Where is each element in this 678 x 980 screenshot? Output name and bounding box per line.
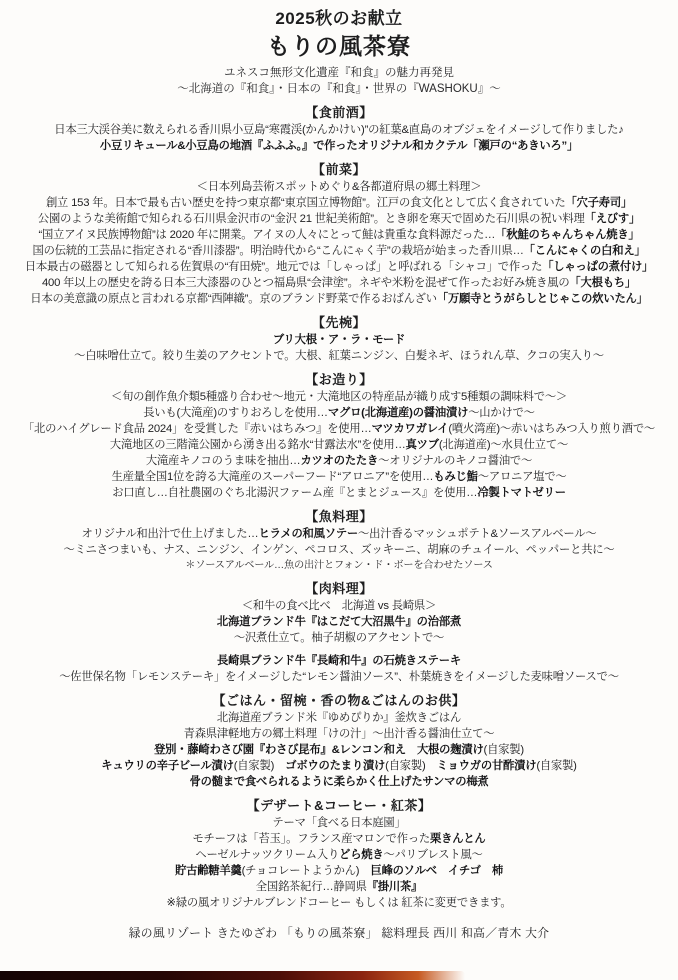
menu-text: “国立アイヌ民族博物館”は 2020 年に開業。アイヌの人々にとって鮭は貴重な食… xyxy=(38,229,495,241)
menu-sections: 【食前酒】日本三大渓谷美に数えられる香川県小豆島“寒霞渓(かんかけい)”の紅葉&… xyxy=(0,104,678,911)
menu-text: お口直し…自社農園のぐち北湯沢ファーム産『とまとジュース』を使用… xyxy=(112,487,477,499)
dish-name: ブリ大根・ア・ラ・モード xyxy=(273,334,405,346)
menu-text: 青森県津軽地方の郷土料理「けの汁」〜出汁香る醤油仕立て〜 xyxy=(184,728,495,740)
menu-text: (噴火湾産)〜赤いはちみつ入り煎り酒で〜 xyxy=(448,423,655,435)
menu-text: 日本の美意識の原点と言われる京都“西陣織”。京のブランド野菜で作るおばんざい xyxy=(30,293,437,305)
menu-section: 【食前酒】日本三大渓谷美に数えられる香川県小豆島“寒霞渓(かんかけい)”の紅葉&… xyxy=(0,104,678,154)
dish-name: マツカワガレイ xyxy=(372,423,449,435)
menu-line: モチーフは「苔玉」。フランス産マロンで作った栗きんとん xyxy=(0,831,678,847)
menu-line: 登別・藤崎わさび園『わさび昆布』&レンコン和え 大根の麹漬け(自家製) xyxy=(0,742,678,758)
menu-text: 国の伝統的工芸品に指定される“香川漆器”。明治時代から“こんにゃく芋”の栽培が始… xyxy=(32,245,523,257)
menu-line: ＊ソースアルベール…魚の出汁とフォン・ド・ボーを合わせたソース xyxy=(0,558,678,573)
dish-name: ゴボウのたまり漬け xyxy=(285,760,385,772)
dish-name: 北海道ブランド牛『はこだて大沼黒牛』の治部煮 xyxy=(217,616,461,628)
menu-season-title: 2025秋のお献立 xyxy=(0,8,678,30)
menu-line: 北海道ブランド牛『はこだて大沼黒牛』の治部煮 xyxy=(0,614,678,630)
menu-text: 〜出汁香るマッシュポテト&ソースアルベール〜 xyxy=(358,528,596,540)
menu-text: ＜和牛の食べ比べ 北海道 vs 長崎県＞ xyxy=(242,600,436,612)
menu-text: 「北のハイグレード食品 2024」を受賞した『赤いはちみつ』を使用… xyxy=(23,423,372,435)
section-heading: 【デザート&コーヒー・紅茶】 xyxy=(0,797,678,815)
menu-line: 400 年以上の歴史を誇る日本三大漆器のひとつ福島県“会津塗”。ネギや米粉を混ぜ… xyxy=(0,275,678,291)
scan-edge-artifact xyxy=(0,971,465,980)
section-heading: 【肉料理】 xyxy=(0,580,678,598)
menu-text: 長いも(大滝産)のすりおろしを使用… xyxy=(143,407,328,419)
menu-line: 創立 153 年。日本で最も古い歴史を持つ東京都“東京国立博物館”。江戸の食文化… xyxy=(0,195,678,211)
dish-name: 「大根もち」 xyxy=(569,277,636,289)
dish-name: 冷製トマトゼリー xyxy=(477,487,565,499)
footer-credit: 緑の風リゾート きたゆざわ 「もりの風茶寮」 総料理長 西川 和高／青木 大介 xyxy=(0,925,678,941)
menu-line: ブリ大根・ア・ラ・モード xyxy=(0,332,678,348)
taglines: ユネスコ無形文化遺産『和食』の魅力再発見 〜北海道の『和食』・日本の『和食』・世… xyxy=(0,65,678,97)
menu-line: お口直し…自社農園のぐち北湯沢ファーム産『とまとジュース』を使用…冷製トマトゼリ… xyxy=(0,485,678,501)
menu-text: 〜ミニさつまいも、ナス、ニンジン、インゲン、ペコロス、ズッキーニ、胡麻のチュイー… xyxy=(63,544,614,556)
menu-text: 〜白味噌仕立て。絞り生姜のアクセントで。大根、紅葉ニンジン、白髪ネギ、ほうれん草… xyxy=(74,350,604,362)
menu-text: 全国銘茶紀行…静岡県 xyxy=(256,881,367,893)
menu-section: 【魚料理】オリジナル和出汁で仕上げました…ヒラメの和風ソテー〜出汁香るマッシュポ… xyxy=(0,508,678,573)
menu-text: (自家製) xyxy=(536,760,576,772)
menu-line: キュウリの辛子ビール漬け(自家製) ゴボウのたまり漬け(自家製) ミョウガの甘酢… xyxy=(0,758,678,774)
menu-text: モチーフは「苔玉」。フランス産マロンで作った xyxy=(192,833,430,845)
menu-text: 日本三大渓谷美に数えられる香川県小豆島“寒霞渓(かんかけい)”の紅葉&直島のオブ… xyxy=(54,124,623,136)
menu-line: 青森県津軽地方の郷土料理「けの汁」〜出汁香る醤油仕立て〜 xyxy=(0,726,678,742)
menu-line: 〜白味噌仕立て。絞り生姜のアクセントで。大根、紅葉ニンジン、白髪ネギ、ほうれん草… xyxy=(0,348,678,364)
menu-line: 「北のハイグレード食品 2024」を受賞した『赤いはちみつ』を使用…マツカワガレ… xyxy=(0,421,678,437)
dish-name: 「こんにゃくの白和え」 xyxy=(524,245,646,257)
menu-text: 〜パリブレスト風〜 xyxy=(384,849,483,861)
menu-text: 〜沢煮仕立て。柚子胡椒のアクセントで〜 xyxy=(234,632,444,644)
section-heading: 【先椀】 xyxy=(0,314,678,332)
menu-line: オリジナル和出汁で仕上げました…ヒラメの和風ソテー〜出汁香るマッシュポテト&ソー… xyxy=(0,526,678,542)
menu-line: ※緑の風オリジナルブレンドコーヒー もしくは 紅茶に変更できます。 xyxy=(0,895,678,911)
menu-text: (自家製) xyxy=(385,760,437,772)
dish-name: カツオのたたき xyxy=(300,455,378,467)
menu-text: 〜アロニア塩で〜 xyxy=(478,471,567,483)
menu-text: 北海道産ブランド米『ゆめぴりか』釜炊きごはん xyxy=(217,712,461,724)
menu-line: 日本の美意識の原点と言われる京都“西陣織”。京のブランド野菜で作るおばんざい「万… xyxy=(0,291,678,307)
dish-name: マグロ(北海道産)の醤油漬け xyxy=(328,407,468,419)
menu-line: 長崎県ブランド牛『長崎和牛』の石焼きステーキ xyxy=(0,653,678,669)
menu-line: 小豆リキュール&小豆島の地酒『ふふふ。』で作ったオリジナル和カクテル「瀬戸の“あ… xyxy=(0,138,678,154)
tagline-unesco: ユネスコ無形文化遺産『和食』の魅力再発見 xyxy=(0,65,678,81)
section-heading: 【お造り】 xyxy=(0,371,678,389)
menu-line: ＜和牛の食べ比べ 北海道 vs 長崎県＞ xyxy=(0,598,678,614)
menu-line: 公園のような美術館で知られる石川県金沢市の“金沢 21 世紀美術館”。とき卵を寒… xyxy=(0,211,678,227)
menu-line: 生産量全国1位を誇る大滝産のスーパーフード“アロニア”を使用…もみじ鮨〜アロニア… xyxy=(0,469,678,485)
menu-line: “国立アイヌ民族博物館”は 2020 年に開業。アイヌの人々にとって鮭は貴重な食… xyxy=(0,227,678,243)
dish-name: 「しゃっぱの煮付け」 xyxy=(542,261,653,273)
menu-line: 〜沢煮仕立て。柚子胡椒のアクセントで〜 xyxy=(0,630,678,646)
menu-line: 長いも(大滝産)のすりおろしを使用…マグロ(北海道産)の醤油漬け〜山かけで〜 xyxy=(0,405,678,421)
menu-section: 【ごはん・留椀・香の物&ごはんのお供】北海道産ブランド米『ゆめぴりか』釜炊きごは… xyxy=(0,692,678,790)
spacer xyxy=(0,646,678,653)
menu-text: ※緑の風オリジナルブレンドコーヒー もしくは 紅茶に変更できます。 xyxy=(167,897,512,909)
menu-page: 2025秋のお献立 もりの風茶寮 ユネスコ無形文化遺産『和食』の魅力再発見 〜北… xyxy=(0,0,678,980)
menu-text: オリジナル和出汁で仕上げました… xyxy=(82,528,259,540)
menu-text: (北海道産)〜水貝仕立て〜 xyxy=(439,439,568,451)
menu-text: 大滝産キノコのうま味を抽出… xyxy=(146,455,301,467)
dish-name: 真ツブ xyxy=(406,439,439,451)
dish-name: キュウリの辛子ビール漬け xyxy=(101,760,234,772)
dish-name: 巨峰のソルベ イチゴ 柿 xyxy=(370,865,503,877)
dish-name: 骨の髄まで食べられるように柔らかく仕上げたサンマの梅煮 xyxy=(189,776,488,788)
menu-section: 【肉料理】＜和牛の食べ比べ 北海道 vs 長崎県＞北海道ブランド牛『はこだて大沼… xyxy=(0,580,678,685)
menu-line: 国の伝統的工芸品に指定される“香川漆器”。明治時代から“こんにゃく芋”の栽培が始… xyxy=(0,243,678,259)
menu-text: 〜オリジナルのキノコ醤油で〜 xyxy=(378,455,532,467)
menu-section: 【デザート&コーヒー・紅茶】テーマ「食べる日本庭園」モチーフは「苔玉」。フランス… xyxy=(0,797,678,911)
menu-text: 日本最古の磁器として知られる佐賀県の“有田焼”。地元では「しゃっぱ」と呼ばれる「… xyxy=(25,261,542,273)
menu-line: テーマ「食べる日本庭園」 xyxy=(0,815,678,831)
dish-name: ミョウガの甘酢漬け xyxy=(437,760,537,772)
menu-section: 【先椀】ブリ大根・ア・ラ・モード〜白味噌仕立て。絞り生姜のアクセントで。大根、紅… xyxy=(0,314,678,364)
menu-text xyxy=(406,744,417,756)
menu-text: ＊ソースアルベール…魚の出汁とフォン・ド・ボーを合わせたソース xyxy=(185,560,492,571)
menu-text: (チョコレートようかん) xyxy=(242,865,371,877)
section-heading: 【食前酒】 xyxy=(0,104,678,122)
dish-name: 「えびす」 xyxy=(585,213,641,225)
menu-line: 〜ミニさつまいも、ナス、ニンジン、インゲン、ペコロス、ズッキーニ、胡麻のチュイー… xyxy=(0,542,678,558)
dish-name: 長崎県ブランド牛『長崎和牛』の石焼きステーキ xyxy=(217,655,461,667)
menu-text: 〜佐世保名物「レモンステーキ」をイメージした“レモン醤油ソース”、朴葉焼きをイメ… xyxy=(59,671,619,683)
menu-line: 貯古齢糖羊羹(チョコレートようかん) 巨峰のソルベ イチゴ 柿 xyxy=(0,863,678,879)
dish-name: 『掛川茶』 xyxy=(367,881,423,893)
menu-text: 公園のような美術館で知られる石川県金沢市の“金沢 21 世紀美術館”。とき卵を寒… xyxy=(38,213,585,225)
section-heading: 【前菜】 xyxy=(0,161,678,179)
menu-line: ＜旬の創作魚介類5種盛り合わせ〜地元・大滝地区の特産品が織り成す5種類の調味料で… xyxy=(0,389,678,405)
menu-line: 大滝地区の三階滝公園から湧き出る銘水“甘露法水”を使用…真ツブ(北海道産)〜水貝… xyxy=(0,437,678,453)
dish-name: 登別・藤崎わさび園『わさび昆布』&レンコン和え xyxy=(154,744,406,756)
menu-text: テーマ「食べる日本庭園」 xyxy=(272,817,405,829)
menu-line: 骨の髄まで食べられるように柔らかく仕上げたサンマの梅煮 xyxy=(0,774,678,790)
menu-text: 生産量全国1位を誇る大滝産のスーパーフード“アロニア”を使用… xyxy=(111,471,433,483)
menu-line: 日本三大渓谷美に数えられる香川県小豆島“寒霞渓(かんかけい)”の紅葉&直島のオブ… xyxy=(0,122,678,138)
menu-line: 北海道産ブランド米『ゆめぴりか』釜炊きごはん xyxy=(0,710,678,726)
section-heading: 【ごはん・留椀・香の物&ごはんのお供】 xyxy=(0,692,678,710)
dish-name: 「秋鮭のちゃんちゃん焼き」 xyxy=(495,229,639,241)
menu-text: (自家製) xyxy=(234,760,286,772)
menu-line: ヘーゼルナッツクリーム入りどら焼き〜パリブレスト風〜 xyxy=(0,847,678,863)
menu-text: (自家製) xyxy=(484,744,524,756)
menu-text: 400 年以上の歴史を誇る日本三大漆器のひとつ福島県“会津塗”。ネギや米粉を混ぜ… xyxy=(42,277,569,289)
menu-section: 【お造り】＜旬の創作魚介類5種盛り合わせ〜地元・大滝地区の特産品が織り成す5種類… xyxy=(0,371,678,501)
menu-section: 【前菜】＜日本列島芸術スポットめぐり&各都道府県の郷土料理＞創立 153 年。日… xyxy=(0,161,678,307)
tagline-washoku: 〜北海道の『和食』・日本の『和食』・世界の『WASHOKU』〜 xyxy=(0,81,678,97)
menu-text: 大滝地区の三階滝公園から湧き出る銘水“甘露法水”を使用… xyxy=(110,439,406,451)
dish-name: どら焼き xyxy=(339,849,383,861)
menu-line: 〜佐世保名物「レモンステーキ」をイメージした“レモン醤油ソース”、朴葉焼きをイメ… xyxy=(0,669,678,685)
dish-name: 小豆リキュール&小豆島の地酒『ふふふ。』で作ったオリジナル和カクテル「瀬戸の“あ… xyxy=(100,140,578,152)
dish-name: 大根の麹漬け xyxy=(417,744,484,756)
menu-line: 大滝産キノコのうま味を抽出…カツオのたたき〜オリジナルのキノコ醤油で〜 xyxy=(0,453,678,469)
menu-text: ＜旬の創作魚介類5種盛り合わせ〜地元・大滝地区の特産品が織り成す5種類の調味料で… xyxy=(111,391,567,403)
menu-text: ＜日本列島芸術スポットめぐり&各都道府県の郷土料理＞ xyxy=(197,181,482,193)
menu-text: ヘーゼルナッツクリーム入り xyxy=(195,849,339,861)
dish-name: 「穴子寿司」 xyxy=(565,197,632,209)
menu-line: 全国銘茶紀行…静岡県『掛川茶』 xyxy=(0,879,678,895)
menu-line: 日本最古の磁器として知られる佐賀県の“有田焼”。地元では「しゃっぱ」と呼ばれる「… xyxy=(0,259,678,275)
dish-name: ヒラメの和風ソテー xyxy=(259,528,359,540)
dish-name: 栗きんとん xyxy=(430,833,486,845)
dish-name: 「万願寺とうがらしとじゃこの炊いたん」 xyxy=(437,293,648,305)
dish-name: もみじ鮨 xyxy=(433,471,477,483)
menu-line: ＜日本列島芸術スポットめぐり&各都道府県の郷土料理＞ xyxy=(0,179,678,195)
dish-name: 貯古齢糖羊羹 xyxy=(175,865,242,877)
menu-text: 創立 153 年。日本で最も古い歴史を持つ東京都“東京国立博物館”。江戸の食文化… xyxy=(46,197,566,209)
restaurant-name: もりの風茶寮 xyxy=(0,32,678,60)
section-heading: 【魚料理】 xyxy=(0,508,678,526)
menu-text: 〜山かけで〜 xyxy=(468,407,535,419)
